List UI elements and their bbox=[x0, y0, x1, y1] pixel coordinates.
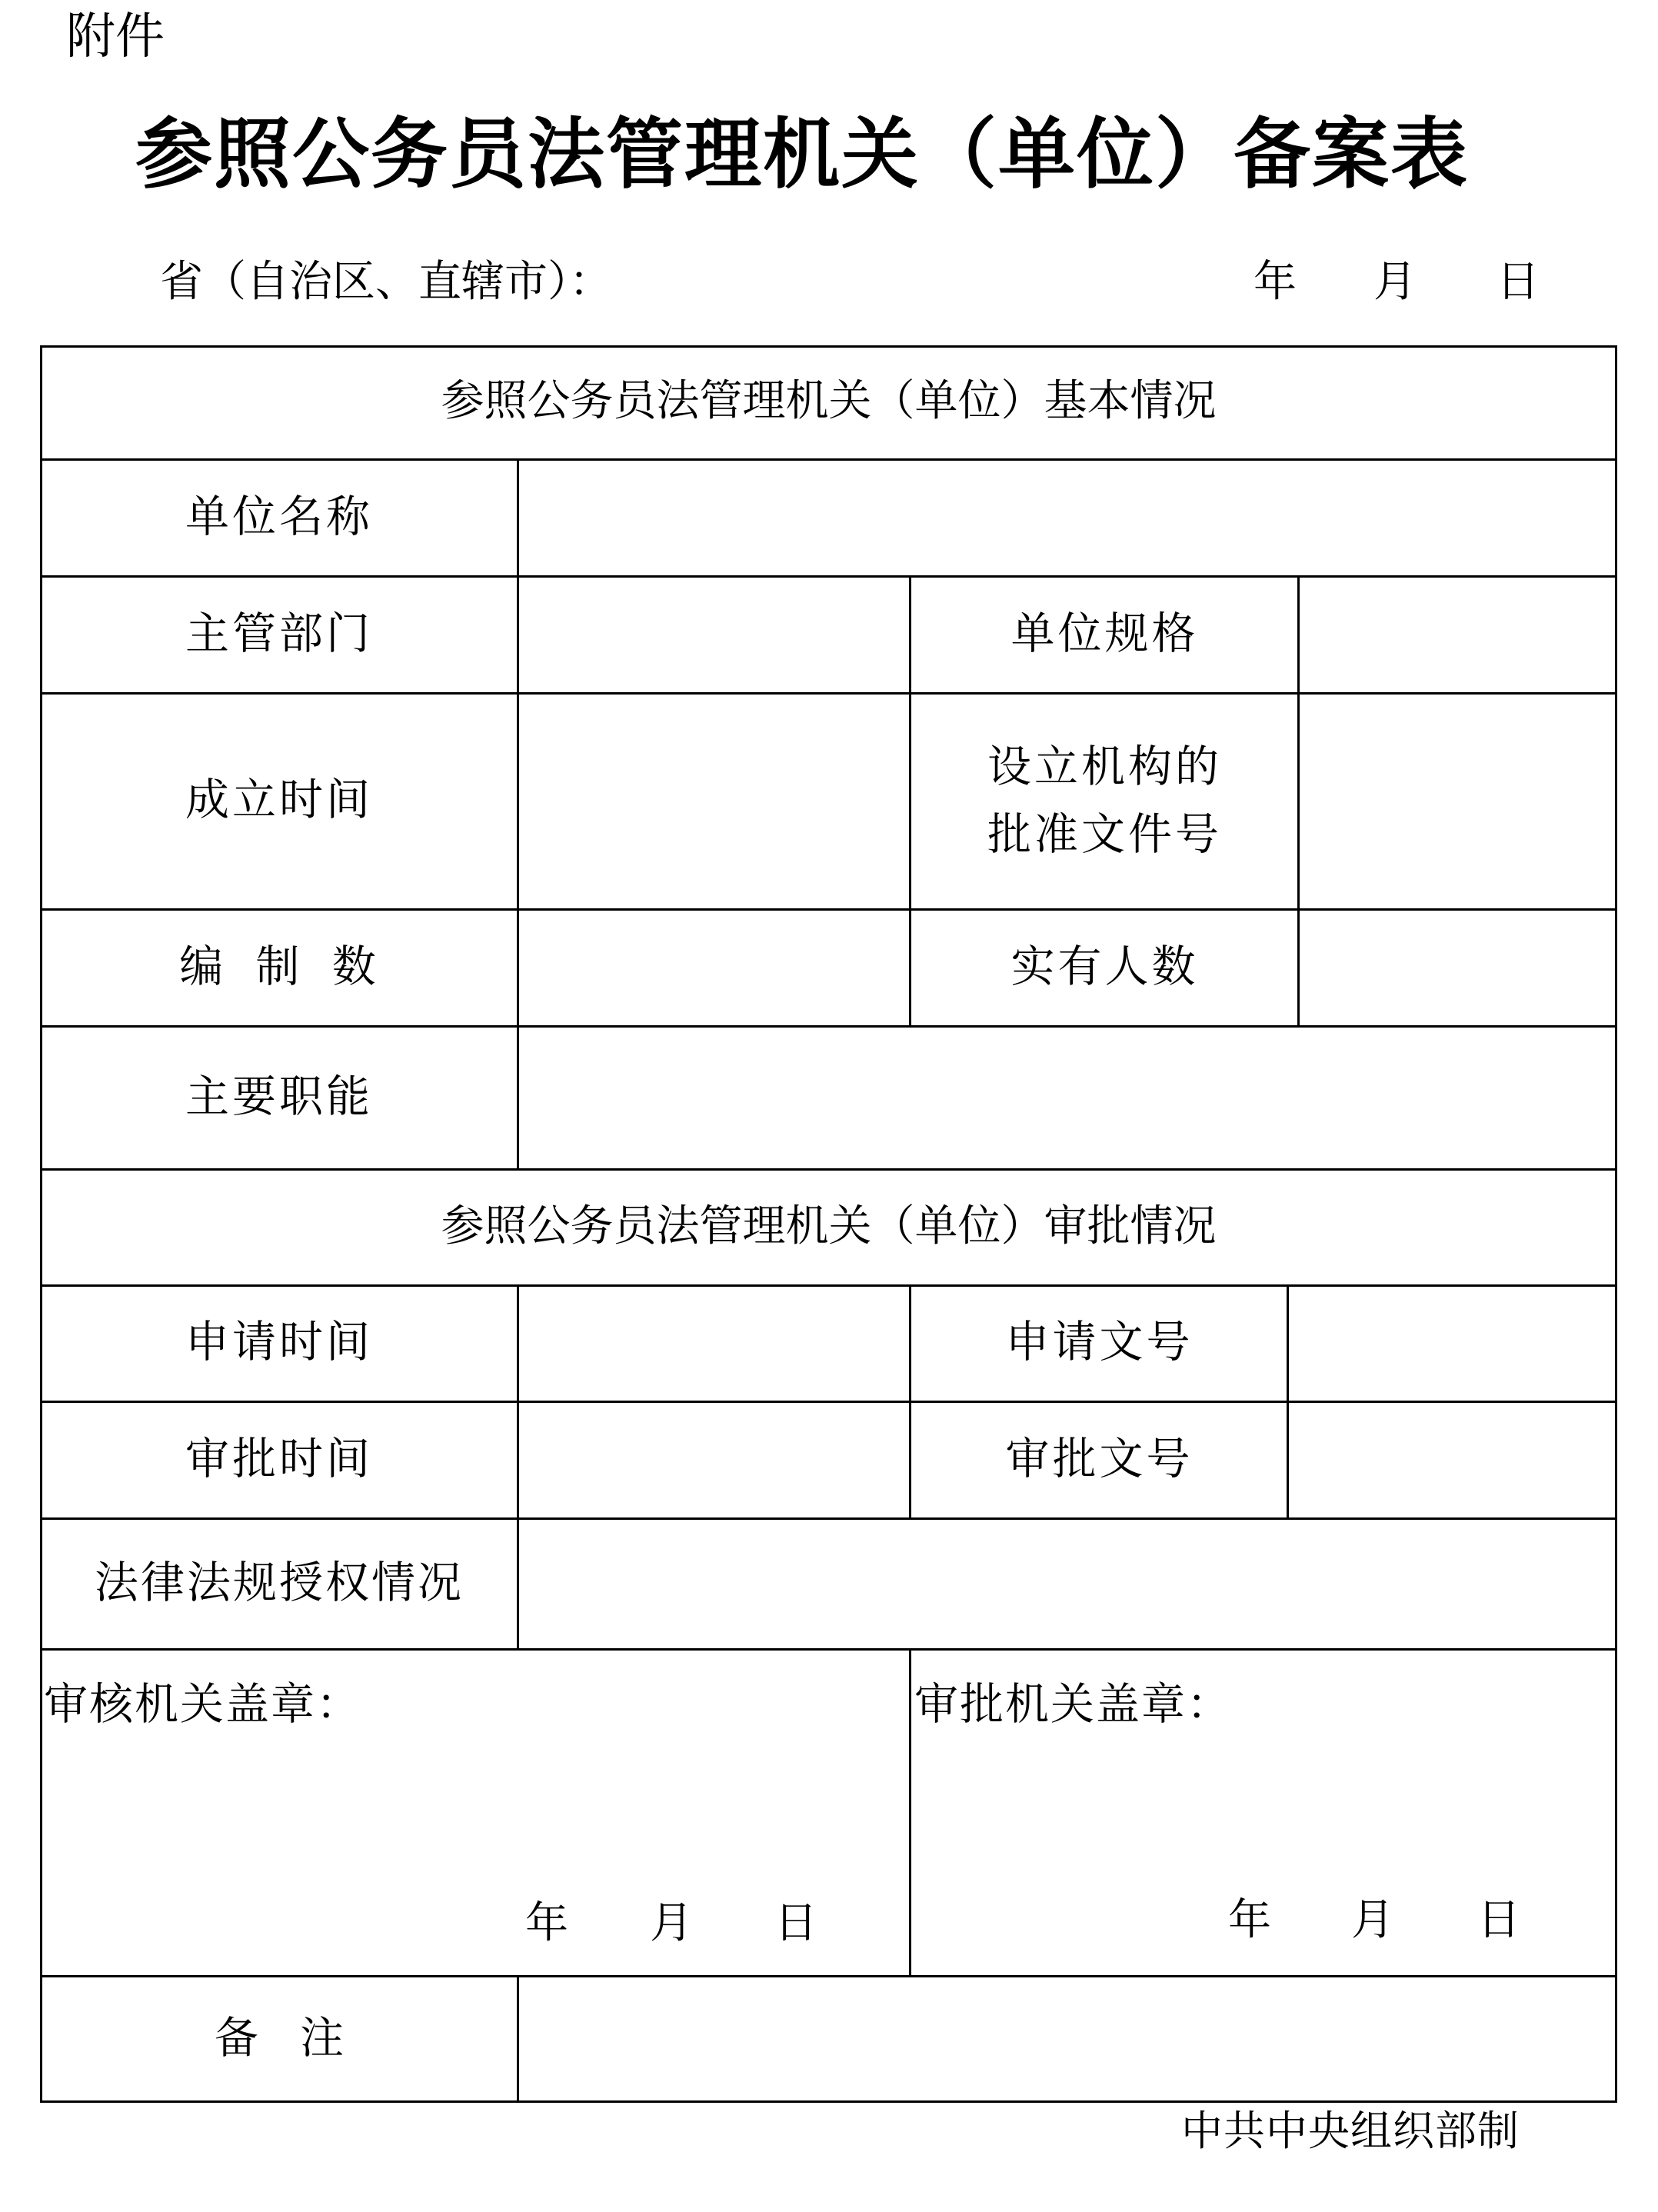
approval-date-year: 年 bbox=[1228, 1895, 1271, 1946]
legal-authorization-field[interactable] bbox=[519, 1520, 1616, 1647]
main-functions-label: 主要职能 bbox=[40, 1026, 518, 1169]
header-date-year: 年 bbox=[1253, 257, 1297, 308]
basic-section-title: 参照公务员法管理机关（单位）基本情况 bbox=[40, 345, 1617, 459]
application-doc-no-field[interactable] bbox=[1289, 1287, 1616, 1400]
unit-name-field[interactable] bbox=[519, 461, 1616, 575]
approval-section-title: 参照公务员法管理机关（单位）审批情况 bbox=[40, 1169, 1617, 1285]
actual-headcount-field[interactable] bbox=[1300, 911, 1616, 1024]
review-date-day: 日 bbox=[774, 1898, 817, 1949]
unit-grade-label: 单位规格 bbox=[911, 576, 1299, 693]
approval-authority-stamp-label: 审批机关盖章： bbox=[914, 1678, 1232, 1732]
issuer-footer: 中共中央组织部制 bbox=[1181, 2106, 1520, 2157]
approval-date-field[interactable] bbox=[519, 1403, 909, 1517]
staff-quota-field[interactable] bbox=[519, 911, 909, 1024]
approval-date-day: 日 bbox=[1477, 1895, 1520, 1946]
review-authority-stamp-label: 审核机关盖章： bbox=[44, 1678, 361, 1732]
established-date-field[interactable] bbox=[519, 695, 909, 908]
staff-quota-label: 编 制 数 bbox=[40, 909, 518, 1026]
establishment-approval-doc-label-line2: 批准文件号 bbox=[987, 801, 1222, 869]
legal-authorization-label: 法律法规授权情况 bbox=[40, 1518, 518, 1649]
establishment-approval-doc-label-line1: 设立机构的 bbox=[987, 734, 1222, 801]
main-functions-field[interactable] bbox=[519, 1028, 1616, 1168]
review-authority-stamp-area[interactable]: 审核机关盖章： 年 月 日 bbox=[42, 1651, 909, 1975]
header-date-month: 月 bbox=[1373, 257, 1417, 308]
approval-authority-stamp-area[interactable]: 审批机关盖章： 年 月 日 bbox=[911, 1651, 1616, 1975]
actual-headcount-label: 实有人数 bbox=[911, 909, 1299, 1026]
approval-date-label: 审批时间 bbox=[40, 1401, 518, 1518]
remarks-label: 备 注 bbox=[40, 1976, 518, 2103]
attachment-label: 附件 bbox=[66, 6, 165, 68]
approval-date-month: 月 bbox=[1351, 1895, 1394, 1946]
established-date-label: 成立时间 bbox=[40, 693, 518, 909]
header-date-day: 日 bbox=[1497, 257, 1540, 308]
document-title: 参照公务员法管理机关（单位）备案表 bbox=[0, 108, 1658, 200]
unit-grade-field[interactable] bbox=[1300, 578, 1616, 691]
remarks-field[interactable] bbox=[519, 1977, 1616, 2101]
application-date-label: 申请时间 bbox=[40, 1285, 518, 1401]
application-doc-no-label: 申请文号 bbox=[911, 1285, 1288, 1401]
application-date-field[interactable] bbox=[519, 1287, 909, 1400]
establishment-approval-doc-label: 设立机构的 批准文件号 bbox=[911, 693, 1299, 909]
approval-doc-no-field[interactable] bbox=[1289, 1403, 1616, 1517]
province-field-label: 省（自治区、直辖市）： bbox=[160, 257, 612, 308]
approval-doc-no-label: 审批文号 bbox=[911, 1401, 1288, 1518]
supervising-dept-field[interactable] bbox=[519, 578, 909, 691]
review-date-year: 年 bbox=[525, 1898, 568, 1949]
establishment-approval-doc-field[interactable] bbox=[1300, 695, 1616, 908]
supervising-dept-label: 主管部门 bbox=[40, 576, 518, 693]
review-date-month: 月 bbox=[650, 1898, 693, 1949]
unit-name-label: 单位名称 bbox=[40, 459, 518, 576]
